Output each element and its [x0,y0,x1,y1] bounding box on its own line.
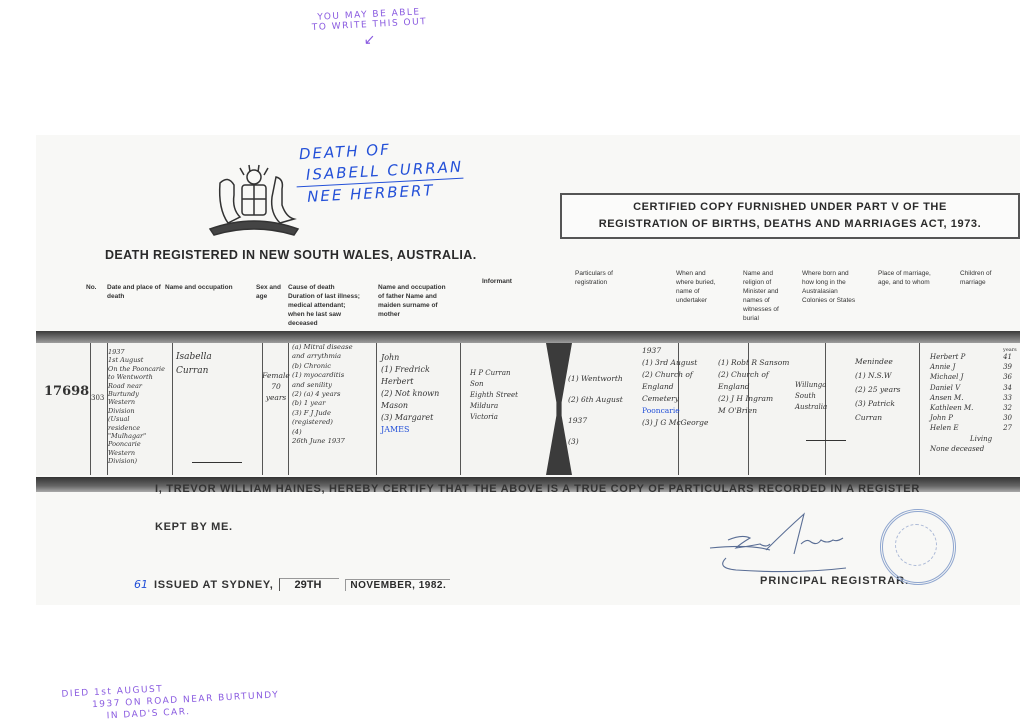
burial-line: (1) 3rd August [642,357,714,369]
act-notice-box: CERTIFIED COPY FURNISHED UNDER PART V OF… [560,193,1020,239]
minister-line: M O'Brien [718,405,790,417]
date-place-line: residence [108,424,170,432]
cell-date-place: 19371st AugustOn the Pooncarieto Wentwor… [108,348,170,466]
issued-label: ISSUED AT SYDNEY, [154,579,273,591]
burial-line: 1937 [642,345,714,357]
child-entry: Annie J39 [930,362,1012,372]
date-place-line: "Mulhagar" [108,432,170,440]
child-age: 33 [1003,393,1012,403]
child-name: John P [930,413,953,423]
burial-line: England [642,381,714,393]
child-name: Kathleen M. [930,403,973,413]
cause-line: (3) F J Jude [292,409,372,418]
column-header-no: No. [86,283,96,292]
child-name: Herbert P [930,352,965,362]
date-place-line: 1937 [108,348,170,356]
marriage-line: (1) N.S.W [855,369,925,383]
act-notice-line-1: CERTIFIED COPY FURNISHED UNDER PART V OF… [568,199,1012,216]
name-occupation-line: Isabella [176,350,212,364]
cell-sex-age: Female70years [261,370,291,403]
cell-minister: (1) Robt R Sansom(2) Church ofEngland(2)… [718,357,790,417]
marriage-line: Curran [855,411,925,425]
date-place-line: Division) [108,457,170,465]
blank-line [192,462,242,463]
sex-age-line: years [261,392,291,403]
cell-burial: 1937(1) 3rd August(2) Church ofEnglandCe… [642,345,714,429]
child-age: 39 [1003,362,1012,372]
name-occupation-line: Curran [176,364,212,378]
minister-line: (2) Church of [718,369,790,381]
issued-line: 61 ISSUED AT SYDNEY, 29TH NOVEMBER, 1982… [134,578,450,591]
child-entry: Kathleen M.32 [930,403,1012,413]
issued-day: 29TH [279,578,339,591]
date-place-line: Division [108,407,170,415]
date-place-line: (Usual [108,415,170,423]
column-header-name: Name and occupation [165,283,255,292]
child-age: 30 [1003,413,1012,423]
child-age: 36 [1003,372,1012,382]
column-header-date-place: Date and place of death [107,283,162,301]
cause-line: (b) Chronic [292,362,372,371]
arrow-down-left-icon: ↙ [312,29,428,51]
parents-line: Mason [381,400,463,412]
column-header-marriage: Place of marriage, age, and to whom [878,269,938,287]
child-entry: Ansen M.33 [930,393,1012,403]
parents-line: JAMES [381,424,463,436]
date-place-line: 1st August [108,356,170,364]
cell-parents: John(1) FredrickHerbert(2) Not knownMaso… [381,352,463,436]
cause-line: (2) (a) 4 years [292,390,372,399]
parents-line: (1) Fredrick [381,364,463,376]
parents-line: John [381,352,463,364]
top-annotation: YOU MAY BE ABLE TO WRITE THIS OUT ↙ [311,7,428,51]
cell-registration: (1) Wentworth(2) 6th August 1937(3) [568,368,643,452]
column-header-cause: Cause of death Duration of last illness;… [288,283,360,328]
sex-age-line: 70 [261,381,291,392]
cause-line: (b) 1 year [292,399,372,408]
column-header-born: Where born and how long in the Australas… [802,269,857,305]
marriage-line: (2) 25 years [855,383,925,397]
informant-line: Eighth Street [470,390,540,401]
certificate-title: DEATH REGISTERED IN NEW SOUTH WALES, AUS… [105,248,477,262]
informant-line: Son [470,379,540,390]
column-header-minister: Name and religion of Minister and names … [743,269,788,323]
cell-cause: (a) Mitral diseaseand arrythmia(b) Chron… [292,343,372,446]
issue-mark: 61 [134,578,148,591]
children-footer: None deceased [930,444,1020,454]
child-entry: Daniel V34 [930,383,1012,393]
burial-line: (3) J G McGeorge [642,417,714,429]
nsw-coat-of-arms-icon [206,163,301,243]
cause-line: (4) [292,428,372,437]
registration-line: (3) [568,431,643,452]
column-header-burial: When and where buried, name of undertake… [676,269,718,305]
registrar-signature [706,510,866,580]
sex-age-line: Female [261,370,291,381]
burial-line: (2) Church of [642,369,714,381]
blank-line [806,440,846,441]
date-place-line: Pooncarie [108,440,170,448]
informant-line: Victoria [470,412,540,423]
cause-line: and arrythmia [292,352,372,361]
minister-line: (2) J H Ingram [718,393,790,405]
certification-statement-end: KEPT BY ME. [155,521,233,533]
parents-line: (3) Margaret [381,412,463,424]
cause-line: 26th June 1937 [292,437,372,446]
minister-line: (1) Robt R Sansom [718,357,790,369]
act-notice-line-2: REGISTRATION OF BIRTHS, DEATHS AND MARRI… [568,216,1012,233]
date-place-line: Burtundy [108,390,170,398]
column-header-sex-age: Sex and age [256,283,282,301]
column-header-registration: Particulars of registration [575,269,635,287]
cause-line: (1) myocarditis [292,371,372,380]
registry-seal-icon [880,509,956,585]
child-name: Daniel V [930,383,960,393]
registration-line: (2) 6th August 1937 [568,389,643,431]
child-entry: Herbert P41 [930,352,1012,362]
date-place-line: Western [108,398,170,406]
burial-line: Pooncarie [642,405,714,417]
cell-marriage: Menindee(1) N.S.W(2) 25 years(3) Patrick… [855,355,925,425]
child-name: Annie J [930,362,955,372]
children-footer: Living [930,434,1020,444]
child-age: 41 [1003,352,1012,362]
child-age: 34 [1003,383,1012,393]
cell-children: Herbert P41Annie J39Michael J36Daniel V3… [930,352,1020,454]
registration-line: (1) Wentworth [568,368,643,389]
bottom-annotation: DIED 1st AUGUST 1937 ON ROAD NEAR BURTUN… [61,677,280,724]
date-place-line: On the Pooncarie [108,365,170,373]
child-entry: Helen E27 [930,423,1012,433]
informant-line: H P Curran [470,368,540,379]
date-place-line: Road near [108,382,170,390]
cell-name-occupation: IsabellaCurran [176,350,212,378]
child-name: Ansen M. [930,393,963,403]
child-age: 27 [1003,423,1012,433]
registration-number: 17698 [44,384,89,399]
child-entry: Michael J36 [930,372,1012,382]
burial-line: Cemetery [642,393,714,405]
date-place-line: Western [108,449,170,457]
child-name: Helen E [930,423,958,433]
cell-informant: H P CurranSonEighth StreetMilduraVictori… [470,368,540,423]
heading-annotation: DEATH OF ISABELL CURRAN NEE HERBERT [294,136,464,209]
column-header-informant: Informant [482,277,512,286]
certification-statement: I, TREVOR WILLIAM HAINES, HEREBY CERTIFY… [155,483,920,495]
principal-registrar-label: PRINCIPAL REGISTRAR. [760,575,909,587]
issued-month-year: NOVEMBER, 1982. [345,579,450,591]
child-age: 32 [1003,403,1012,413]
column-header-parents: Name and occupation of father Name and m… [378,283,453,319]
minister-line: England [718,381,790,393]
informant-line: Mildura [470,401,540,412]
parents-line: Herbert [381,376,463,388]
cause-line: (a) Mitral disease [292,343,372,352]
child-name: Michael J [930,372,963,382]
parents-line: (2) Not known [381,388,463,400]
cause-line: and senility [292,381,372,390]
entry-number: 303 [91,393,104,403]
date-place-line: to Wentworth [108,373,170,381]
column-header-children: Children of marriage [960,269,1005,287]
marriage-line: Menindee [855,355,925,369]
child-entry: John P30 [930,413,1012,423]
marriage-line: (3) Patrick [855,397,925,411]
cause-line: (registered) [292,418,372,427]
